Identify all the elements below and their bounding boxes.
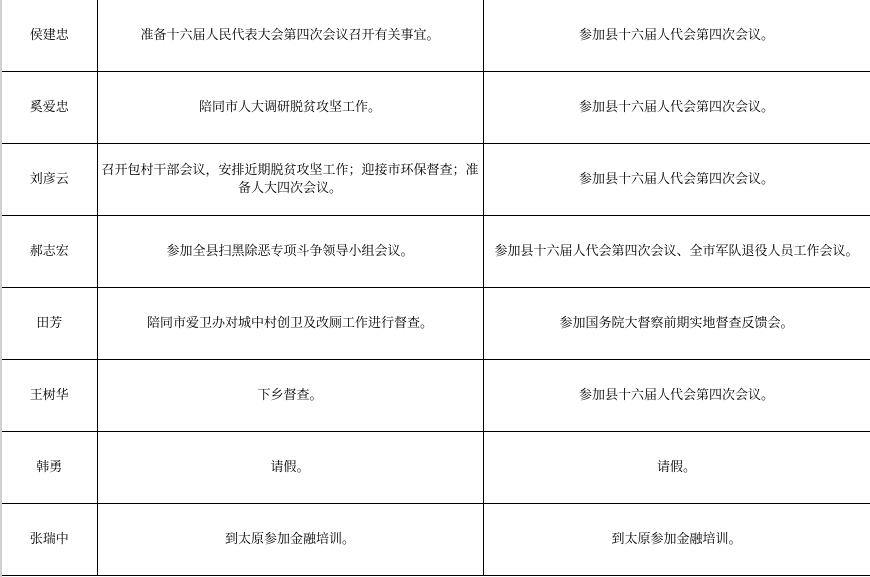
schedule-cell-a: 参加全县扫黑除恶专项斗争领导小组会议。 [97, 216, 483, 288]
name-cell: 张瑞中 [2, 504, 97, 576]
schedule-cell-a: 陪同市人大调研脱贫攻坚工作。 [97, 72, 483, 144]
table-row: 郝志宏 参加全县扫黑除恶专项斗争领导小组会议。 参加县十六届人代会第四次会议、全… [2, 216, 870, 288]
schedule-cell-b: 到太原参加金融培训。 [483, 504, 870, 576]
schedule-cell-b: 参加县十六届人代会第四次会议。 [483, 144, 870, 216]
table-row: 田芳 陪同市爱卫办对城中村创卫及改厕工作进行督查。 参加国务院大督察前期实地督查… [2, 288, 870, 360]
name-cell: 田芳 [2, 288, 97, 360]
table-row: 刘彦云 召开包村干部会议，安排近期脱贫攻坚工作；迎接市环保督查；准备人大四次会议… [2, 144, 870, 216]
table-row: 王树华 下乡督查。 参加县十六届人代会第四次会议。 [2, 360, 870, 432]
schedule-table: 侯建忠 准备十六届人民代表大会第四次会议召开有关事宜。 参加县十六届人代会第四次… [2, 0, 870, 576]
schedule-cell-b: 参加县十六届人代会第四次会议。 [483, 72, 870, 144]
table-row: 张瑞中 到太原参加金融培训。 到太原参加金融培训。 [2, 504, 870, 576]
schedule-cell-a: 下乡督查。 [97, 360, 483, 432]
schedule-cell-b: 参加国务院大督察前期实地督查反馈会。 [483, 288, 870, 360]
schedule-cell-a: 准备十六届人民代表大会第四次会议召开有关事宜。 [97, 0, 483, 72]
schedule-cell-a: 召开包村干部会议，安排近期脱贫攻坚工作；迎接市环保督查；准备人大四次会议。 [97, 144, 483, 216]
schedule-cell-b: 参加县十六届人代会第四次会议。 [483, 360, 870, 432]
name-cell: 郝志宏 [2, 216, 97, 288]
schedule-cell-a: 陪同市爱卫办对城中村创卫及改厕工作进行督查。 [97, 288, 483, 360]
name-cell: 刘彦云 [2, 144, 97, 216]
name-cell: 王树华 [2, 360, 97, 432]
schedule-cell-b: 参加县十六届人代会第四次会议。 [483, 0, 870, 72]
schedule-cell-b: 参加县十六届人代会第四次会议、全市军队退役人员工作会议。 [483, 216, 870, 288]
name-cell: 韩勇 [2, 432, 97, 504]
schedule-cell-a: 到太原参加金融培训。 [97, 504, 483, 576]
name-cell: 奚爱忠 [2, 72, 97, 144]
schedule-cell-b: 请假。 [483, 432, 870, 504]
name-cell: 侯建忠 [2, 0, 97, 72]
schedule-cell-a: 请假。 [97, 432, 483, 504]
table-row: 奚爱忠 陪同市人大调研脱贫攻坚工作。 参加县十六届人代会第四次会议。 [2, 72, 870, 144]
table-row: 韩勇 请假。 请假。 [2, 432, 870, 504]
table-row: 侯建忠 准备十六届人民代表大会第四次会议召开有关事宜。 参加县十六届人代会第四次… [2, 0, 870, 72]
